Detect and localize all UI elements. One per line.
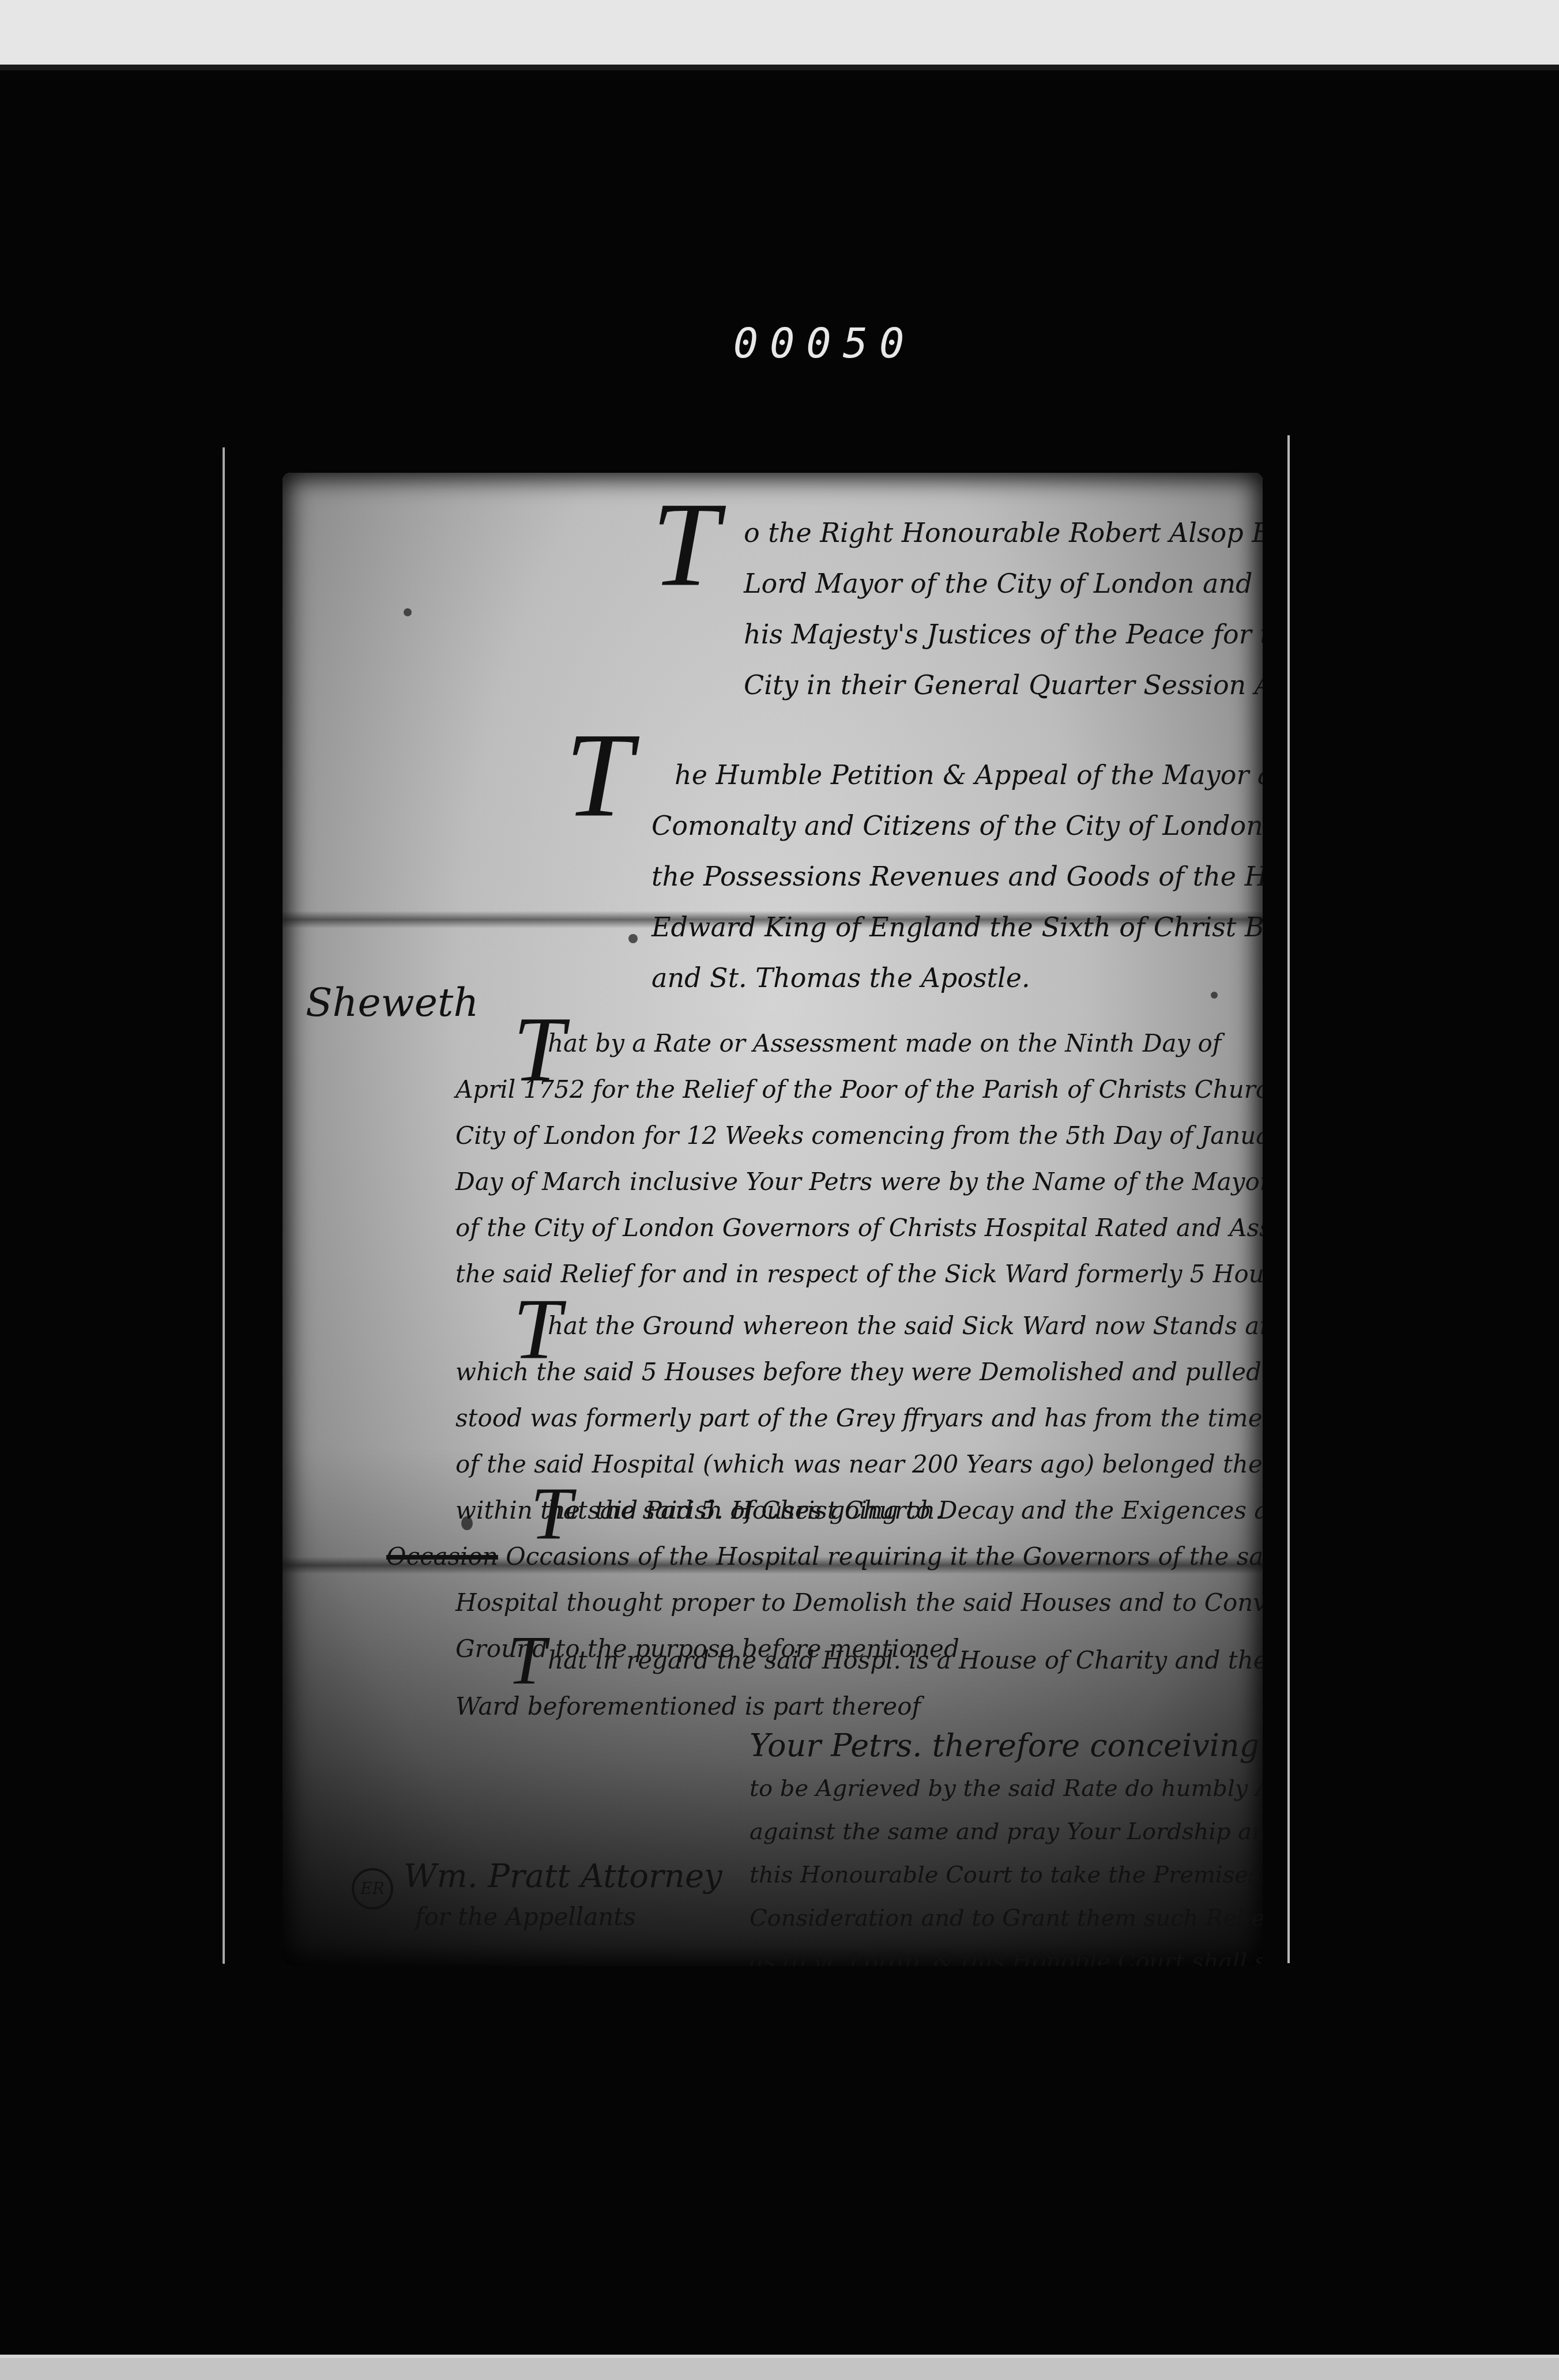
drop-cap: T bbox=[530, 1476, 572, 1551]
paragraph-line: Day of March inclusive Your Petrs were b… bbox=[455, 1159, 1263, 1205]
address-line: City in their General Quarter Session As… bbox=[744, 660, 1263, 710]
paragraph-line: which the said 5 Houses before they were… bbox=[455, 1349, 1263, 1395]
petition-line: Edward King of England the Sixth of Chri… bbox=[652, 902, 1263, 952]
paragraph-line: stood was formerly part of the Grey ffry… bbox=[455, 1395, 1263, 1441]
paragraph-house-of-charity: T hat in regard the said Hospl. is a Hou… bbox=[455, 1637, 1263, 1730]
prayer-line: to be Agrieved by the said Rate do humbl… bbox=[750, 1767, 1263, 1810]
paragraph-line: the said Relief for and in respect of th… bbox=[455, 1251, 1263, 1297]
address-line: his Majesty's Justices of the Peace for … bbox=[744, 609, 1263, 660]
film-edge-top bbox=[0, 0, 1559, 70]
prayer-line: this Honourable Court to take the Premis… bbox=[750, 1854, 1263, 1897]
address-line: o the Right Honourable Robert Alsop Esq. bbox=[744, 507, 1263, 558]
paragraph-line: Hospital thought proper to Demolish the … bbox=[455, 1580, 1263, 1626]
signature-line: Wm. Pratt Attorney bbox=[404, 1856, 722, 1897]
paragraph-line: Occasions of the Hospital requiring it t… bbox=[506, 1542, 1263, 1571]
signature-line: for the Appellants bbox=[404, 1897, 722, 1937]
paragraph-line: City of London for 12 Weeks comencing fr… bbox=[455, 1113, 1263, 1159]
petition-heading: T he Humble Petition & Appeal of the May… bbox=[652, 750, 1263, 1003]
address-block: T o the Right Honourable Robert Alsop Es… bbox=[744, 507, 1263, 710]
attorney-signature: Wm. Pratt Attorney for the Appellants bbox=[404, 1856, 722, 1937]
struck-word: Occasion bbox=[386, 1542, 498, 1571]
paragraph-line: hat by a Rate or Assessment made on the … bbox=[455, 1020, 1263, 1067]
drop-cap: T bbox=[513, 1286, 561, 1372]
prayer-line: against the same and pray Your Lordship … bbox=[750, 1810, 1263, 1854]
paragraph-line: hat the Ground whereon the said Sick War… bbox=[455, 1303, 1263, 1349]
ink-spot bbox=[404, 608, 412, 616]
drop-cap: T bbox=[652, 484, 719, 605]
frame-counter: 00050 bbox=[732, 323, 917, 363]
petition-line: and St. Thomas the Apostle. bbox=[652, 952, 1263, 1003]
seal-mark: ER bbox=[352, 1868, 393, 1910]
film-scratch-left bbox=[223, 447, 225, 1964]
sheweth-heading: Sheweth bbox=[306, 980, 479, 1026]
drop-cap: T bbox=[507, 1626, 546, 1695]
paragraph-line-with-strike: Occasion Occasions of the Hospital requi… bbox=[386, 1534, 1263, 1580]
manuscript-page: T o the Right Honourable Robert Alsop Es… bbox=[283, 473, 1263, 1966]
paragraph-line: hat in regard the said Hospl. is a House… bbox=[455, 1637, 1263, 1684]
drop-cap: T bbox=[565, 715, 632, 836]
petition-line: Comonalty and Citizens of the City of Lo… bbox=[652, 800, 1263, 851]
paragraph-line: April 1752 for the Relief of the Poor of… bbox=[455, 1067, 1263, 1113]
prayer-line: as to yr. Lordp. & this Honoble Court sh… bbox=[750, 1940, 1263, 1966]
petition-line: the Possessions Revenues and Goods of th… bbox=[652, 851, 1263, 902]
paragraph-line: of the City of London Governors of Chris… bbox=[455, 1205, 1263, 1251]
film-edge-bottom bbox=[0, 2355, 1559, 2380]
drop-cap: T bbox=[513, 1003, 564, 1095]
paragraph-line: Ward beforementioned is part thereof bbox=[455, 1684, 1263, 1730]
film-scratch-right bbox=[1287, 435, 1290, 1963]
prayer-line: Consideration and to Grant them such Rel… bbox=[750, 1897, 1263, 1940]
address-line: Lord Mayor of the City of London and the… bbox=[744, 558, 1263, 609]
paragraph-line: of the said Hospital (which was near 200… bbox=[455, 1441, 1263, 1487]
paragraph-line: hat the said 5. Houses going to Decay an… bbox=[455, 1487, 1263, 1534]
prayer-block: Your Petrs. therefore conceiving themsel… bbox=[750, 1724, 1263, 1966]
ink-spot bbox=[628, 934, 638, 943]
prayer-line: Your Petrs. therefore conceiving themsel… bbox=[750, 1724, 1263, 1767]
paragraph-rate-assessment: T hat by a Rate or Assessment made on th… bbox=[455, 1020, 1263, 1297]
petition-line: he Humble Petition & Appeal of the Mayor… bbox=[652, 750, 1263, 800]
